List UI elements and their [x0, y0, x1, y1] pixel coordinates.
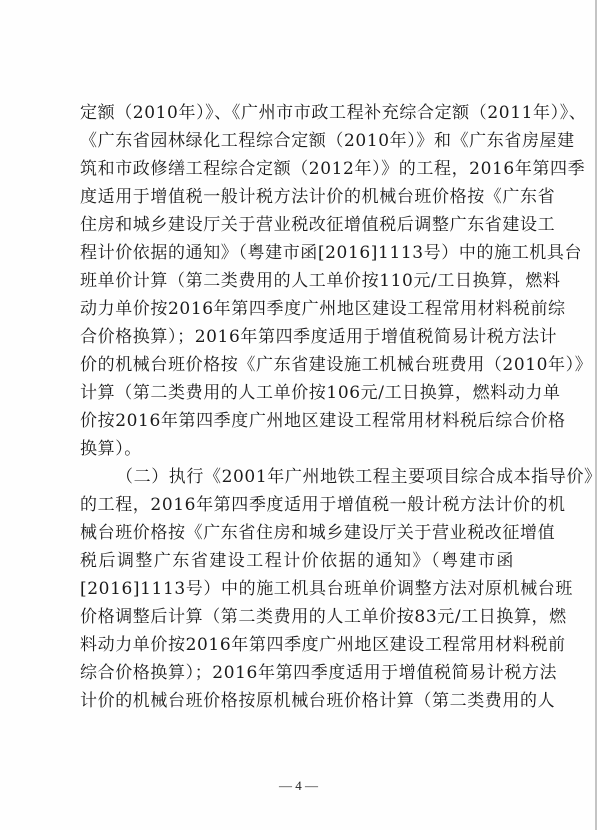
- text-line: 计算（第二类费用的人工单价按106元/工日换算，燃料动力单: [80, 379, 514, 407]
- paragraph-2: （二）执行《2001年广州地铁工程主要项目综合成本指导价》 的工程，2016年第…: [80, 463, 514, 715]
- text-line: 换算）。: [80, 435, 514, 463]
- document-page: 定额（2010年）》、《广州市市政工程补充综合定额（2011年）》、 《广东省园…: [0, 0, 595, 830]
- text-line: 价格调整后计算（第二类费用的人工单价按83元/工日换算，燃: [80, 603, 514, 631]
- text-line: 械台班价格按《广东省住房和城乡建设厅关于营业税改征增值: [80, 519, 514, 547]
- text-line: [2016]1113号）中的施工机具台班单价调整方法对原机械台班: [80, 575, 514, 603]
- text-line: 税后调整广东省建设工程计价依据的通知》（粤建市函: [80, 547, 514, 575]
- text-line: 住房和城乡建设厅关于营业税改征增值税后调整广东省建设工: [80, 211, 514, 239]
- text-line: 度适用于增值税一般计税方法计价的机械台班价格按《广东省: [80, 183, 514, 211]
- text-line: 价按2016年第四季度广州地区建设工程常用材料税后综合价格: [80, 407, 514, 435]
- text-line: 程计价依据的通知》（粤建市函[2016]1113号）中的施工机具台: [80, 239, 514, 267]
- text-line: 《广东省园林绿化工程综合定额（2010年）》和《广东省房屋建: [80, 127, 514, 155]
- text-line: （二）执行《2001年广州地铁工程主要项目综合成本指导价》: [80, 463, 514, 491]
- text-line: 计价的机械台班价格按原机械台班价格计算（第二类费用的人: [80, 687, 514, 715]
- text-line: 合价格换算）；2016年第四季度适用于增值税简易计税方法计: [80, 323, 514, 351]
- text-line: 的工程，2016年第四季度适用于增值税一般计税方法计价的机: [80, 491, 514, 519]
- paragraph-1: 定额（2010年）》、《广州市市政工程补充综合定额（2011年）》、 《广东省园…: [80, 99, 514, 463]
- text-line: 定额（2010年）》、《广州市市政工程补充综合定额（2011年）》、: [80, 99, 514, 127]
- text-line: 价的机械台班价格按《广东省建设施工机械台班费用（2010年）》: [80, 351, 514, 379]
- text-line: 班单价计算（第二类费用的人工单价按110元/工日换算，燃料: [80, 267, 514, 295]
- text-line: 动力单价按2016年第四季度广州地区建设工程常用材料税前综: [80, 295, 514, 323]
- text-line: 料动力单价按2016年第四季度广州地区建设工程常用材料税前: [80, 631, 514, 659]
- text-line: 综合价格换算）；2016年第四季度适用于增值税简易计税方法: [80, 659, 514, 687]
- page-number: — 4 —: [0, 776, 597, 796]
- text-line: 筑和市政修缮工程综合定额（2012年）》的工程，2016年第四季: [80, 155, 514, 183]
- document-body: 定额（2010年）》、《广州市市政工程补充综合定额（2011年）》、 《广东省园…: [80, 99, 514, 715]
